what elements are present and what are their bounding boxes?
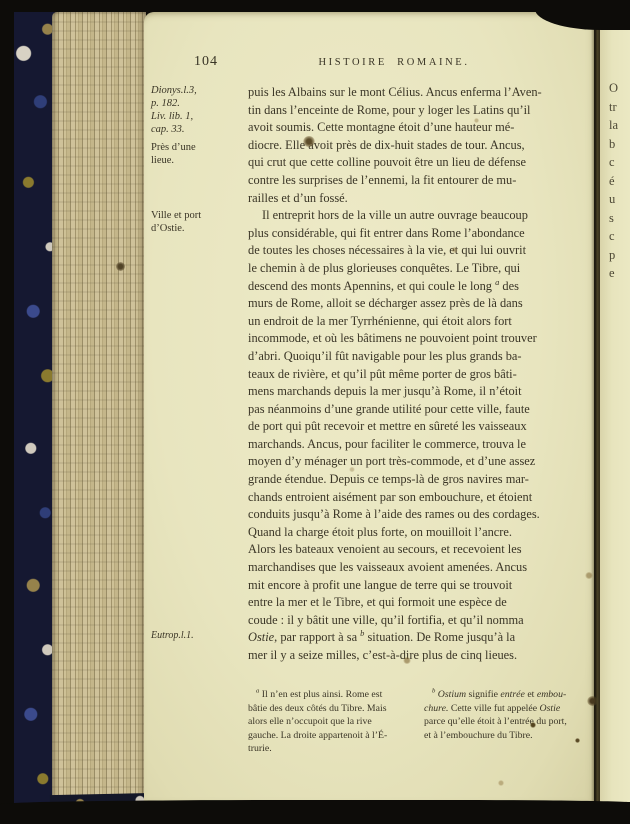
- facing-page-text-fragment: p: [609, 249, 615, 261]
- margin-note-ostia: Ville et port d’Ostie.: [151, 209, 246, 235]
- text-segment: chure.: [424, 703, 448, 714]
- paragraph: puis les Albains sur le mont Célius. Anc…: [248, 84, 586, 207]
- facing-page-text-fragment: u: [609, 193, 615, 205]
- text-segment: Ostie: [248, 630, 274, 644]
- text-segment: Il entreprit hors de la ville un autre o…: [262, 208, 528, 222]
- book-page: 104 HISTOIRE ROMAINE. Dionys.l.3, p. 182…: [144, 12, 594, 802]
- text-segment: murs de Rome, alloit se décharger assez …: [248, 296, 523, 310]
- text-segment: Ostium: [438, 689, 466, 700]
- text-segment: conduits jusqu’à Rome à l’aide des rames…: [248, 507, 540, 521]
- photo-background: [0, 800, 630, 824]
- running-title: HISTOIRE ROMAINE.: [284, 57, 504, 68]
- text-segment: Cette ville fut appelée: [448, 703, 539, 714]
- text-segment: tin dans l’enceinte de Rome, pour y loge…: [248, 103, 531, 117]
- margin-note-citation-eutropius: Eutrop.l.1.: [151, 629, 246, 642]
- text-segment: mens marchands depuis la mer jusqu’à Rom…: [248, 384, 522, 398]
- text-segment: un endroit de la mer Tyrrhénienne, qui é…: [248, 314, 512, 328]
- text-segment: Quand la charge étoit plus forte, on mou…: [248, 525, 512, 539]
- text-segment: et: [525, 689, 537, 700]
- text-segment: plus considérable, qui fit entrer dans R…: [248, 226, 525, 240]
- text-segment: avoit soumis. Cette montagne étoit d’une…: [248, 120, 514, 134]
- footnote-a: a Il n’en est plus ainsi. Rome estbâtie …: [248, 688, 412, 756]
- text-segment: chands entroient aisément par son embouc…: [248, 490, 532, 504]
- text-segment: mit encore à profit une langue de terre …: [248, 578, 512, 592]
- fore-edge-page-stack: [52, 12, 146, 804]
- facing-page-text-fragment: O: [609, 82, 618, 94]
- text-segment: le chemin à de plus glorieuses conquêtes…: [248, 261, 520, 275]
- text-segment: entrée: [500, 689, 524, 700]
- facing-page-text-fragment: la: [609, 119, 618, 131]
- facing-page-text-fragment: s: [609, 212, 614, 224]
- margin-note-citation-dionysius: Dionys.l.3, p. 182. Liv. lib. 1, cap. 33…: [151, 84, 246, 136]
- text-segment: marchandises que les vaisseaux avoient a…: [248, 560, 527, 574]
- text-segment: entre la mer et le Tibre, et qui formoit…: [248, 595, 507, 609]
- text-segment: trurie.: [248, 743, 272, 754]
- text-segment: signifie: [466, 689, 500, 700]
- text-segment: gauche. La droite appartenoit à l’É-: [248, 730, 387, 741]
- facing-page-text-fragment: tr: [609, 101, 617, 113]
- text-segment: alors elle n’occupoit que la rive: [248, 716, 372, 727]
- text-segment: puis les Albains sur le mont Célius. Anc…: [248, 85, 542, 99]
- text-segment: de port qui pût recevoir et mettre en sû…: [248, 419, 527, 433]
- text-segment: bâtie des deux côtés du Tibre. Mais: [248, 703, 387, 714]
- body-text: puis les Albains sur le mont Célius. Anc…: [248, 84, 586, 665]
- text-segment: et à l’embouchure du Tibre.: [424, 730, 533, 741]
- text-segment: marchands. Ancus, pour faciliter le comm…: [248, 437, 526, 451]
- page-number: 104: [194, 54, 218, 70]
- text-segment: diocre. Elle avoit près de dix-huit stad…: [248, 138, 525, 152]
- text-segment: qui crut que cette colline pouvoit être …: [248, 155, 526, 169]
- text-segment: de toutes les choses nécessaires à la vi…: [248, 243, 526, 257]
- facing-page-text-fragment: é: [609, 175, 615, 187]
- text-segment: descend des monts Apennins, et qui coule…: [248, 279, 495, 293]
- text-segment: d’abri. Quoiqu’il fût navigable pour les…: [248, 349, 522, 363]
- text-segment: situation. De Rome jusqu’à la: [364, 630, 515, 644]
- footnotes: a Il n’en est plus ainsi. Rome estbâtie …: [248, 688, 588, 756]
- book-scan-photo: { "scan": { "header": { "page_number": "…: [0, 0, 630, 824]
- text-segment: incommode, et où les bâtimens ne pouvoie…: [248, 331, 537, 345]
- text-segment: pas néanmoins d’une grande utilité pour …: [248, 402, 530, 416]
- foxing-spot: [498, 780, 504, 786]
- text-segment: Alors les bateaux venoient au secours, e…: [248, 542, 522, 556]
- text-segment: moyen d’y ménager un port très-commode, …: [248, 454, 535, 468]
- facing-page-text-fragment: c: [609, 156, 615, 168]
- margin-note-distance: Près d’une lieue.: [151, 141, 246, 167]
- facing-page-text-fragment: b: [609, 138, 615, 150]
- text-segment: grande étendue. Depuis ce temps-là de gr…: [248, 472, 529, 486]
- facing-page-sliver: Otrlabcéuscpe: [600, 20, 630, 802]
- text-segment: , par rapport à sa: [274, 630, 360, 644]
- facing-page-text-fragment: e: [609, 267, 615, 279]
- text-segment: railles et d’un fossé.: [248, 191, 348, 205]
- text-segment: des: [499, 279, 519, 293]
- paragraph: Il entreprit hors de la ville un autre o…: [248, 207, 586, 664]
- text-segment: coude : il y bâtit une ville, qu’il fort…: [248, 613, 524, 627]
- text-segment: parce qu’elle étoit à l’entrée du port,: [424, 716, 567, 727]
- text-segment: mer il y a seize milles, c’est-à-dire pl…: [248, 648, 517, 662]
- text-segment: Ostie: [540, 703, 561, 714]
- text-segment: contre les surprises de l’ennemi, la fit…: [248, 173, 516, 187]
- text-segment: teaux de rivière, et qu’il pût même port…: [248, 367, 517, 381]
- text-segment: Il n’en est plus ainsi. Rome est: [259, 689, 382, 700]
- footnote-b: b Ostium signifie entrée et embou-chure.…: [424, 688, 588, 756]
- facing-page-text-fragment: c: [609, 230, 615, 242]
- text-segment: embou-: [537, 689, 566, 700]
